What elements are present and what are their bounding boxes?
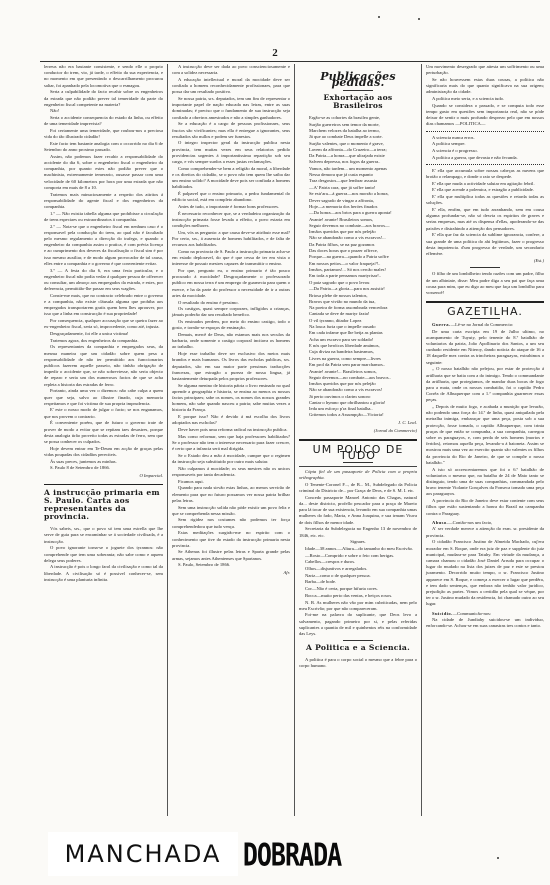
paragraph: Sem rigidez nos costumes não podemos ter… bbox=[172, 517, 290, 529]
signature: (Est.) bbox=[426, 258, 544, 264]
paragraph: Se alguma menino de historia pátria o li… bbox=[172, 383, 290, 414]
paragraph: Conste-me mais, que no contracto celebra… bbox=[44, 293, 163, 318]
stanza: Avante! avante!... Brasileiros somos,Seg… bbox=[299, 369, 417, 394]
paragraph: A' ser verdade merece a attenção do exm.… bbox=[426, 526, 544, 538]
paragraph: Estas meditações surgirão-me no espirito… bbox=[172, 530, 290, 549]
sign-line: Cor—Não é certa, porque hifurta cores. bbox=[299, 586, 417, 592]
column-1: lerreus não era bastante consistente, e … bbox=[40, 64, 167, 816]
header-rule bbox=[40, 61, 540, 62]
sign-line: Barba—de bode. bbox=[299, 579, 417, 585]
column-3: Publicações pedidas. Exhortação aos Bras… bbox=[294, 64, 421, 816]
paragraph: Hoje esse trabalho deve ser exclusivo do… bbox=[172, 351, 290, 382]
section-rule bbox=[44, 484, 163, 486]
paragraph: Se nossa patria, srs. deputados, tem um … bbox=[172, 96, 290, 121]
sign-line: Nariz—como o de qualquer pessoa. bbox=[299, 573, 417, 579]
paragraph: Deve haver pois uma reforma radical na i… bbox=[172, 427, 290, 433]
paragraph: E' este o nosso modo de julgar o facto; … bbox=[44, 407, 163, 419]
stanza: Da Patria filhos, se na paz gozamosDas d… bbox=[299, 242, 417, 267]
paragraph: É palpavel que o ensino primario, a pedr… bbox=[172, 191, 290, 203]
newspaper-page: 2 lerreus não era bastante consistente, … bbox=[0, 0, 550, 885]
paragraph: Este facto tem bastante analogia com o o… bbox=[44, 141, 163, 153]
paragraph: E' ella que acende a polemica, e estragã… bbox=[426, 187, 544, 193]
signs-heading: Signaes. bbox=[299, 539, 417, 545]
kicker: Guerra. bbox=[432, 322, 451, 327]
speck bbox=[378, 16, 380, 18]
stanza: Avante! avante! Brasileiros somos,Seguir… bbox=[299, 217, 417, 242]
stanza: Vamos, não tardem... um momento apenasNe… bbox=[299, 166, 417, 191]
paragraph: E' ella, emfim, que em tudo arranhando, … bbox=[426, 207, 544, 232]
column-2: A instrucção deve ser dada ao povo consc… bbox=[167, 64, 294, 816]
paragraph: E' ella que faz da sciencia da sublime i… bbox=[426, 232, 544, 257]
paragraph: Mas como reformar, sem que haja professo… bbox=[172, 434, 290, 453]
paragraph: Tratemos mais minuciosamente a respeito … bbox=[44, 192, 163, 211]
section-rule bbox=[426, 301, 544, 303]
paragraph: 3.º — A festa do dia 6, era uma festa pa… bbox=[44, 268, 163, 293]
paragraph: E' ella que multiplica todas as questões… bbox=[426, 194, 544, 206]
section-title-gazetilha: GAZETILHA. bbox=[426, 309, 544, 315]
poem-source: (Jornal do Commercio) bbox=[299, 428, 417, 434]
dateline: S. Paulo 8 de Setembro de 1866. bbox=[44, 465, 163, 471]
paragraph: „ O nosso batalhão não pelejou, por esta… bbox=[426, 366, 544, 403]
article-railway: lerreus não era bastante consistente, e … bbox=[44, 64, 163, 479]
paragraph: Como comprehender-se bem a religião da m… bbox=[172, 166, 290, 191]
short-rule bbox=[343, 640, 373, 641]
stanza: Já perto ouvimos o clarim sonoroCantar o… bbox=[299, 394, 417, 419]
stanza: Irmãos, partamos!... Só nos cercão males… bbox=[299, 267, 417, 292]
news-item-guerra: Guerra.—Lê-se no Jornal do Commercio: bbox=[426, 322, 544, 328]
signature: O Imparcial. bbox=[44, 473, 163, 479]
paragraph: 1.º — Não existia tabella alguma que pro… bbox=[44, 211, 163, 223]
article-instruction: A instrucção primaria em S. Paulo. Carta… bbox=[44, 489, 163, 583]
paragraph: Se Athenas foi illustre pelas letras e S… bbox=[172, 549, 290, 561]
sign-line: —Rosto—Comprido e sobre o feio com herig… bbox=[299, 553, 417, 559]
stanza: Briosa plebe de nossos talentos,Bravos q… bbox=[299, 293, 417, 318]
news-item-abuso: Abuso.—Contão-nos um facto, bbox=[426, 520, 544, 526]
dotted-rule bbox=[426, 164, 544, 165]
aphorism: A politica sempre. bbox=[426, 141, 544, 147]
aphorism: A politica a guerra, que devasta e não f… bbox=[426, 155, 544, 161]
section-title-um-pouco-de-tudo: UM POUCO DE TUDO bbox=[299, 447, 417, 459]
short-rule bbox=[343, 462, 373, 463]
aphorism: A sciencia é o progresso. bbox=[426, 148, 544, 154]
aphorism: A sciencia nunca erros. bbox=[426, 135, 544, 141]
stanza: Se estr'ara—á guerra—nos morrão a honra,… bbox=[299, 191, 417, 216]
paragraph: Os ensinados perdem, por meio do ensino … bbox=[172, 319, 290, 331]
paragraph: Como na provincia de S. Paulo a instrucç… bbox=[172, 249, 290, 268]
kicker-intro: —Communicão-nos: bbox=[453, 611, 492, 616]
sign-line: N. B. As mulheres não vão por mim cubrit… bbox=[299, 600, 417, 612]
paragraph: Na cidade de Jundiahy suicidou-se um ind… bbox=[426, 617, 544, 629]
paragraph: Concedo passaporte Manoel Antonio das Ch… bbox=[299, 495, 417, 526]
paragraph: O integro inspector geral da instrucção … bbox=[172, 140, 290, 165]
paragraph: Por consequencia, qualquer accusação que… bbox=[44, 318, 163, 330]
passport-intro: Cópia fiel de um passaporte de Policia c… bbox=[299, 466, 417, 481]
columns: lerreus não era bastante consistente, e … bbox=[40, 64, 548, 816]
stamp-dobrada: DOBRADA bbox=[242, 827, 342, 882]
paragraph: Quando se considera o passado, e se comp… bbox=[426, 103, 544, 128]
paragraph: Se a educação é a cargo de pessoas profi… bbox=[172, 121, 290, 140]
section-rule bbox=[299, 439, 417, 441]
sign-line: Cabellos—crespos e duros. bbox=[299, 559, 417, 565]
paragraph: Desgraçadamente, foi elle a unica victim… bbox=[44, 331, 163, 337]
paragraph: Tratemos agora, dos engenheiros da compa… bbox=[44, 338, 163, 344]
signature: Afr. bbox=[172, 570, 290, 576]
paragraph: E' ella que accumula sobre nossas cabeça… bbox=[426, 168, 544, 180]
paragraph: Seria a culpabilidade do facto recahir s… bbox=[44, 89, 163, 108]
paragraph: Vós sabeis, srs., que o povo só tem uma … bbox=[44, 526, 163, 545]
kicker-intro: —Lê-se no Jornal do Commercio: bbox=[451, 322, 514, 327]
speck bbox=[497, 857, 499, 859]
paragraph: 2.º — Nota-se que o engenheiro fiscal em… bbox=[44, 224, 163, 267]
section-title-publicacoes: Publicações pedidas. bbox=[299, 74, 417, 86]
paragraph: A provincia do Rio de Janeiro deve estar… bbox=[426, 498, 544, 517]
sign-line: Idade—38 annos.—Altura—do tamanho do meu… bbox=[299, 546, 417, 552]
anecdote: O filho de um lombilheiro tendo razões c… bbox=[426, 271, 544, 296]
paragraph: Um, vós as pergunto: a que causa deve-se… bbox=[172, 230, 290, 249]
paragraph: É necessario reconhecer que, se a verdad… bbox=[172, 211, 290, 230]
news-item-suicidio: Suicidio.—Communicão-nos: bbox=[426, 611, 544, 617]
paragraph: Um movimento desregrado que attesta um s… bbox=[426, 64, 544, 76]
column-4: Um movimento desregrado que attesta um s… bbox=[421, 64, 548, 816]
short-rule bbox=[343, 90, 373, 91]
paragraph: Sem uma instrucção solida não póde exist… bbox=[172, 505, 290, 517]
stanza: O vil tyranno, ditador LopezNa louca fur… bbox=[299, 318, 417, 343]
paragraph: „ Depois de muito fogo, e acabada a muni… bbox=[426, 404, 544, 466]
paragraph: É conveniente porém, que de futuro o gov… bbox=[44, 420, 163, 445]
poem-author: J. C. Leal. bbox=[299, 420, 417, 426]
sign-line: Foi-me na palavra do suplicante, que Deo… bbox=[299, 612, 417, 637]
article-title: A instrucção primaria em S. Paulo. Carta… bbox=[44, 489, 163, 521]
paragraph: Demais, mercê de Deus, não estamos mais … bbox=[172, 332, 290, 351]
stanza: E nós que heróicos liberdade amámos,Cuja… bbox=[299, 343, 417, 368]
paragraph: Seria o accidente consequencia do estado… bbox=[44, 115, 163, 127]
paragraph: A politica meio seria, e a sciencia tudo… bbox=[426, 96, 544, 102]
paragraph: A instrucção é pois o longo farol da civ… bbox=[44, 564, 163, 583]
paragraph: Não! bbox=[44, 108, 163, 114]
paragraph: E' ella que muda a actividade salutar em… bbox=[426, 181, 544, 187]
speck bbox=[418, 18, 420, 20]
kicker: Abuso. bbox=[432, 520, 448, 525]
paragraph: Os representantes da companhia e emprega… bbox=[44, 344, 163, 387]
sign-line: Bocca—muito perto das ventas, e beiços r… bbox=[299, 593, 417, 599]
paragraph: Não culpamos á mocidade; os seus mestres… bbox=[172, 466, 290, 478]
paragraph: Os castigos, quasi sempre corporaes, inf… bbox=[172, 306, 290, 318]
short-rule bbox=[470, 267, 500, 268]
stanza: Ergão-se as cohortes da brasilea gente,S… bbox=[299, 115, 417, 140]
paragraph: Ficamos aqui. bbox=[172, 479, 290, 485]
sign-line: Olhos—disjuntivos e arregalados. bbox=[299, 566, 417, 572]
paragraph: E porque isso? Não é devido á má escolha… bbox=[172, 414, 290, 426]
paragraph: Secretaria da Subdelegacia no Engenho 13… bbox=[299, 526, 417, 538]
paragraph: A instrucção deve ser dada ao povo consc… bbox=[172, 64, 290, 76]
stamp-manchada: MANCHADA bbox=[48, 832, 238, 876]
section-title-politica: A Politica e a Sciencia. bbox=[299, 644, 417, 652]
short-rule bbox=[470, 318, 500, 319]
paragraph: Ás suas preces, juntemos as minhas. bbox=[44, 459, 163, 465]
paragraph: Antes de tudo, o importante é formar bon… bbox=[172, 204, 290, 210]
paragraph: Hoje devem entrar em Te-Deum em acção de… bbox=[44, 446, 163, 458]
dateline: S. Paulo, Setembro de 1866. bbox=[172, 562, 290, 568]
kicker: Suicidio. bbox=[432, 611, 453, 616]
paragraph: Se o Estado deu a mão á mocidade, cumpre… bbox=[172, 453, 290, 465]
paragraph: Quando para nada sirvão estas linhas, ao… bbox=[172, 485, 290, 504]
paragraph: De uma carta escripta em 19 de Julho ult… bbox=[426, 329, 544, 366]
dotted-rule bbox=[426, 131, 544, 132]
paragraph: A educação intellectual e moral da mocid… bbox=[172, 77, 290, 96]
paragraph: O povo ignorante torna-se o joguete dos … bbox=[44, 545, 163, 564]
paragraph: Assim, não podemos fazer recahir a respo… bbox=[44, 154, 163, 191]
poem: Ergão-se as cohortes da brasilea gente,S… bbox=[299, 115, 417, 418]
paragraph: O resultado do ensino é pessimo. bbox=[172, 300, 290, 306]
archive-stamps: MANCHADA DOBRADA bbox=[0, 832, 550, 877]
paragraph: A politica é para o corpo social o mesmo… bbox=[299, 657, 417, 669]
paragraph: A isto só accrescentaremos que foi o 6.º… bbox=[426, 467, 544, 498]
paragraph: Portanto, ainda uma vez o dizemos: não c… bbox=[44, 388, 163, 407]
poem-title: Exhortação aos Brasileiros bbox=[299, 94, 417, 110]
page-number: 2 bbox=[0, 47, 550, 59]
kicker-intro: —Contão-nos um facto, bbox=[448, 520, 492, 525]
paragraph: Foi certamente uma temeridade, que roubo… bbox=[44, 128, 163, 140]
paragraph: O cidadão Francisco Justino de Almeida M… bbox=[426, 539, 544, 607]
stanza: Surjão valentes, que o momento é grave,L… bbox=[299, 141, 417, 166]
paragraph: O Tenente-Coronel F..., de B... M., Subd… bbox=[299, 482, 417, 494]
paragraph: Por que, pergunto eu, o ensino primario … bbox=[172, 268, 290, 299]
paragraph: lerreus não era bastante consistente, e … bbox=[44, 64, 163, 89]
paragraph: Se não houvessem estas duas cousas, a po… bbox=[426, 77, 544, 96]
